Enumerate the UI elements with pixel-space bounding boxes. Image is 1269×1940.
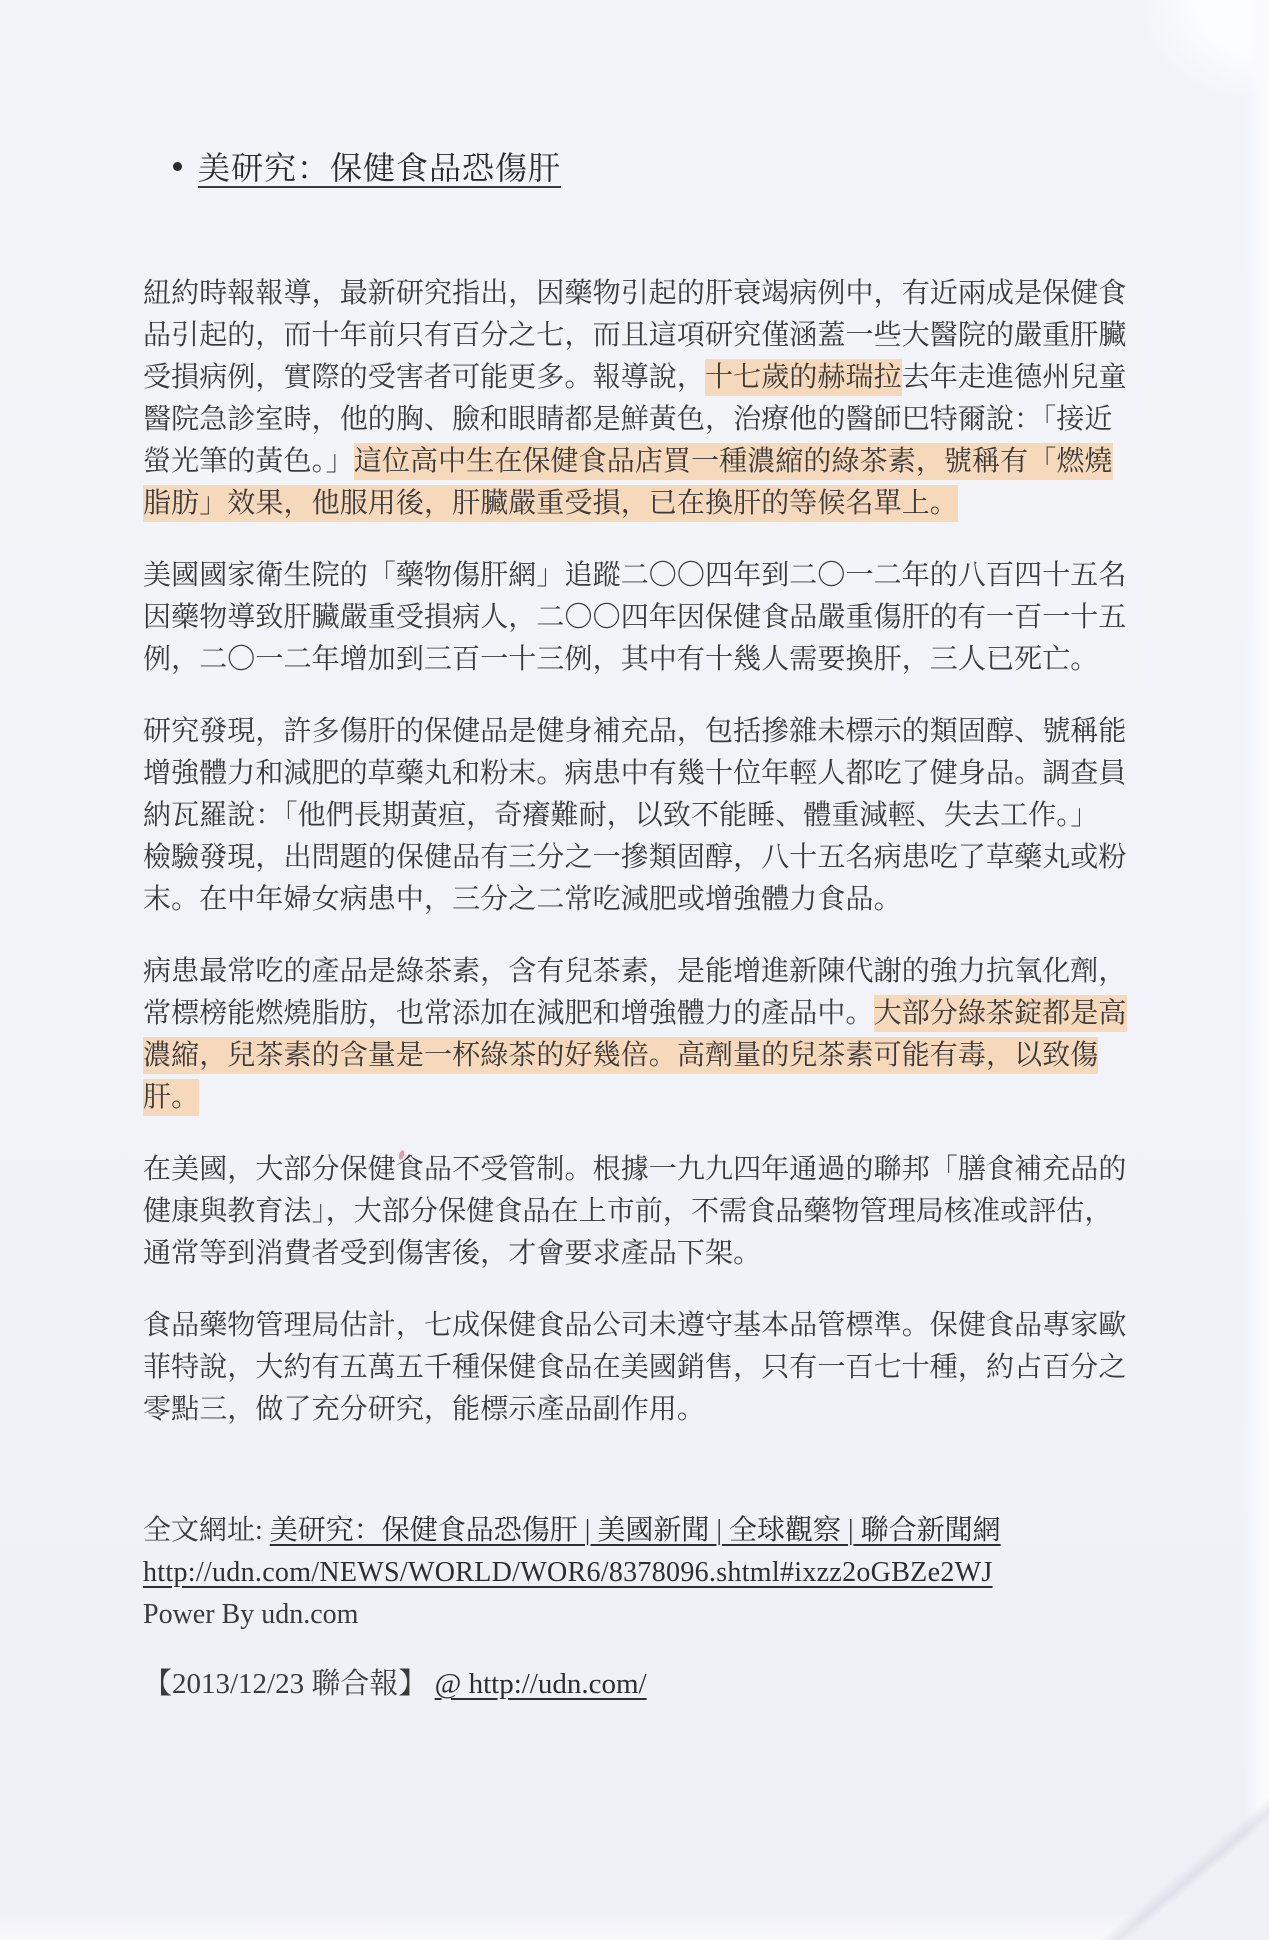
scanned-page: 美研究：保健食品恐傷肝 紐約時報報導，最新研究指出，因藥物引起的肝衰竭病例中，有… [0, 0, 1269, 1940]
date-line: 【2013/12/23 聯合報】 @ http://udn.com/ [143, 1662, 1135, 1706]
scan-fold-crease [1019, 1730, 1269, 1940]
text-segment: 研究發現，許多傷肝的保健品是健身補充品，包括摻雜未標示的類固醇、號稱能 增強體力… [143, 716, 1127, 915]
text-segment: 食品藥物管理局估計，七成保健食品公司未遵守基本品管標準。保健食品專家歐 菲特說，… [143, 1310, 1127, 1425]
date-stamp: 【2013/12/23 聯合報】 [143, 1668, 427, 1700]
article-url-link: http://udn.com/NEWS/WORLD/WOR6/8378096.s… [143, 1557, 993, 1588]
text-segment: 在美國，大部分保健食品不受管制。根據一九九四年通過的聯邦「膳食補充品的 健康與教… [143, 1154, 1127, 1269]
bullet-icon [173, 162, 182, 171]
source-label: 全文網址: [143, 1515, 270, 1546]
paragraph-1: 紐約時報報導，最新研究指出，因藥物引起的肝衰竭病例中，有近兩成是保健食 品引起的… [143, 273, 1135, 525]
source-link: 美研究：保健食品恐傷肝 | 美國新聞 | 全球觀察 | 聯合新聞網 [270, 1515, 1001, 1546]
title-row: 美研究：保健食品恐傷肝 [173, 143, 1135, 189]
paragraph-6: 食品藥物管理局估計，七成保健食品公司未遵守基本品管標準。保健食品專家歐 菲特說，… [143, 1305, 1135, 1431]
scan-right-edge [1245, 0, 1269, 1940]
paragraph-5: 在美國，大部分保健食品不受管制。根據一九九四年通過的聯邦「膳食補充品的 健康與教… [143, 1149, 1135, 1275]
paragraph-4: 病患最常吃的產品是綠茶素，含有兒茶素，是能增進新陳代謝的強力抗氧化劑， 常標榜能… [143, 951, 1135, 1119]
article-footer: 全文網址: 美研究：保健食品恐傷肝 | 美國新聞 | 全球觀察 | 聯合新聞網 … [143, 1510, 1135, 1706]
paragraph-3: 研究發現，許多傷肝的保健品是健身補充品，包括摻雜未標示的類固醇、號稱能 增強體力… [143, 711, 1135, 921]
text-segment: 美國國家衛生院的「藥物傷肝網」追蹤二〇〇四年到二〇一二年的八百四十五名 因藥物導… [143, 560, 1127, 675]
source-line: 全文網址: 美研究：保健食品恐傷肝 | 美國新聞 | 全球觀察 | 聯合新聞網 [143, 1510, 1135, 1552]
powered-by-text: Power By udn.com [143, 1599, 358, 1630]
highlighted-segment: 十七歲的赫瑞拉 [705, 359, 902, 396]
paragraph-2: 美國國家衛生院的「藥物傷肝網」追蹤二〇〇四年到二〇一二年的八百四十五名 因藥物導… [143, 555, 1135, 681]
page-title: 美研究：保健食品恐傷肝 [198, 143, 561, 189]
article-body: 美研究：保健食品恐傷肝 紐約時報報導，最新研究指出，因藥物引起的肝衰竭病例中，有… [143, 0, 1135, 1706]
url-line: http://udn.com/NEWS/WORLD/WOR6/8378096.s… [143, 1552, 1135, 1594]
homepage-link: @ http://udn.com/ [435, 1668, 647, 1700]
powered-by-line: Power By udn.com [143, 1594, 1135, 1636]
